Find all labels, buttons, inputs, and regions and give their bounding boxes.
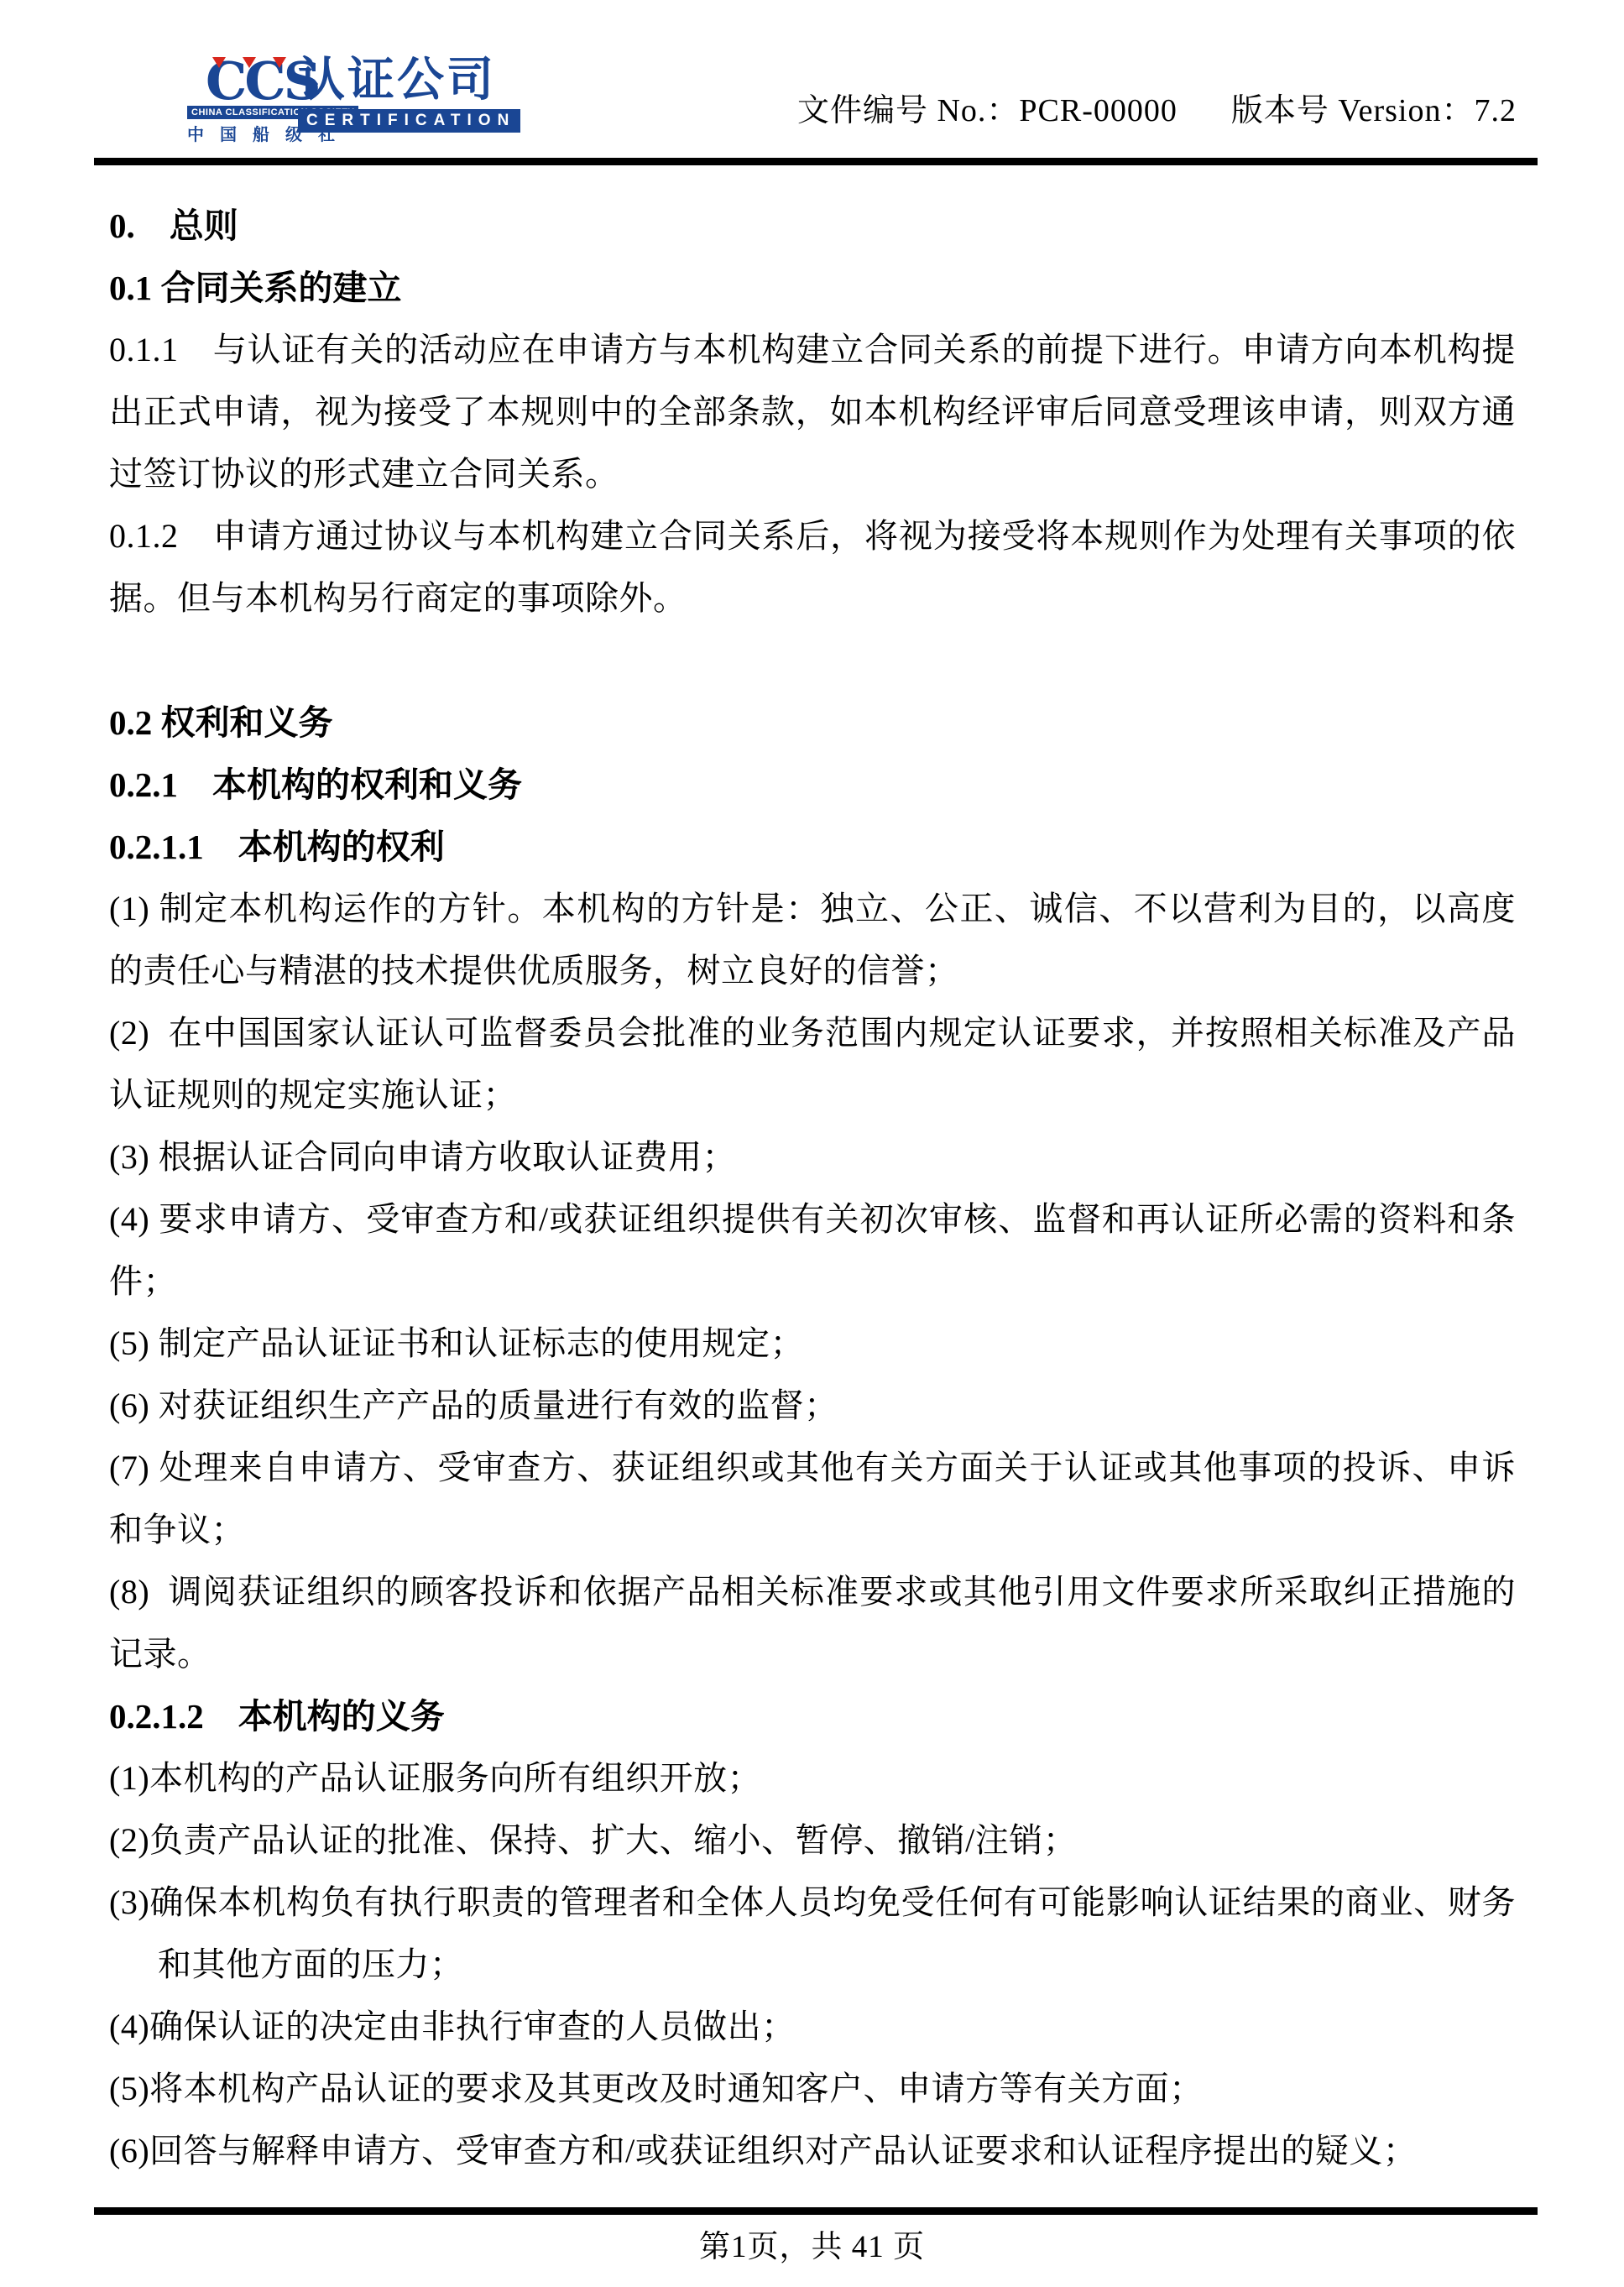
para-0-1-1: 0.1.1 与认证有关的活动应在申请方与本机构建立合同关系的前提下进行。申请方向…: [109, 319, 1516, 505]
heading-0-2: 0.2 权利和义务: [109, 692, 1516, 754]
obligation-item-5: (5)将本机构产品认证的要求及其更改及时通知客户、申请方等有关方面；: [109, 2058, 1516, 2120]
heading-0-1: 0.1 合同关系的建立: [109, 257, 1516, 319]
rights-item-5: (5) 制定产品认证证书和认证标志的使用规定；: [109, 1313, 1516, 1375]
doc-number: 文件编号 No.：PCR-00000: [797, 93, 1178, 128]
ccs-red-accent-icon: [212, 57, 226, 68]
heading-0-2-1-2: 0.2.1.2 本机构的义务: [109, 1685, 1516, 1747]
certification-banner: CERTIFICATION: [298, 109, 520, 133]
obligation-item-2: (2)负责产品认证的批准、保持、扩大、缩小、暂停、撤销/注销；: [109, 1809, 1516, 1872]
header-meta: 文件编号 No.：PCR-00000版本号 Version：7.2: [797, 84, 1517, 130]
rights-item-4: (4) 要求申请方、受审查方和/或获证组织提供有关初次审核、监督和再认证所必需的…: [109, 1188, 1516, 1313]
heading-0: 0. 总则: [109, 195, 1516, 257]
heading-0-2-1-1: 0.2.1.1 本机构的权利: [109, 816, 1516, 878]
para-0-1-2: 0.1.2 申请方通过协议与本机构建立合同关系后，将视为接受将本规则作为处理有关…: [109, 505, 1516, 629]
rights-item-1: (1) 制定本机构运作的方针。本机构的方针是：独立、公正、诚信、不以营利为目的，…: [109, 878, 1516, 1002]
obligation-item-4: (4)确保认证的决定由非执行审查的人员做出；: [109, 1996, 1516, 2058]
paragraph-spacer: [109, 629, 1516, 692]
footer-divider: [94, 2207, 1538, 2215]
document-body: 0. 总则 0.1 合同关系的建立 0.1.1 与认证有关的活动应在申请方与本机…: [109, 195, 1516, 2182]
company-cn-name: 认证公司: [298, 57, 496, 104]
ccs-logo: CCS CHINA CLASSIFICATION SOCIETY 中 国 船 级…: [206, 64, 575, 144]
obligation-item-6: (6)回答与解释申请方、受审查方和/或获证组织对产品认证要求和认证程序提出的疑义…: [109, 2120, 1516, 2182]
obligation-item-1: (1)本机构的产品认证服务向所有组织开放；: [109, 1747, 1516, 1809]
rights-item-3: (3) 根据认证合同向申请方收取认证费用；: [109, 1126, 1516, 1188]
rights-item-6: (6) 对获证组织生产产品的质量进行有效的监督；: [109, 1375, 1516, 1437]
version-number: 版本号 Version：7.2: [1231, 93, 1517, 128]
document-page: CCS CHINA CLASSIFICATION SOCIETY 中 国 船 级…: [0, 0, 1624, 2287]
obligation-item-3: (3)确保本机构负有执行职责的管理者和全体人员均免受任何有可能影响认证结果的商业…: [109, 1872, 1516, 1996]
ccs-red-accent-icon: [273, 57, 286, 68]
rights-item-7: (7) 处理来自申请方、受审查方、获证组织或其他有关方面关于认证或其他事项的投诉…: [109, 1437, 1516, 1561]
page-number: 第1页，共 41 页: [0, 2221, 1624, 2266]
rights-item-2: (2) 在中国国家认证认可监督委员会批准的业务范围内规定认证要求，并按照相关标准…: [109, 1002, 1516, 1126]
heading-0-2-1: 0.2.1 本机构的权利和义务: [109, 754, 1516, 816]
rights-item-8: (8) 调阅获证组织的顾客投诉和依据产品相关标准要求或其他引用文件要求所采取纠正…: [109, 1561, 1516, 1685]
ccs-red-accent-icon: [243, 57, 256, 68]
header-divider: [94, 158, 1538, 165]
